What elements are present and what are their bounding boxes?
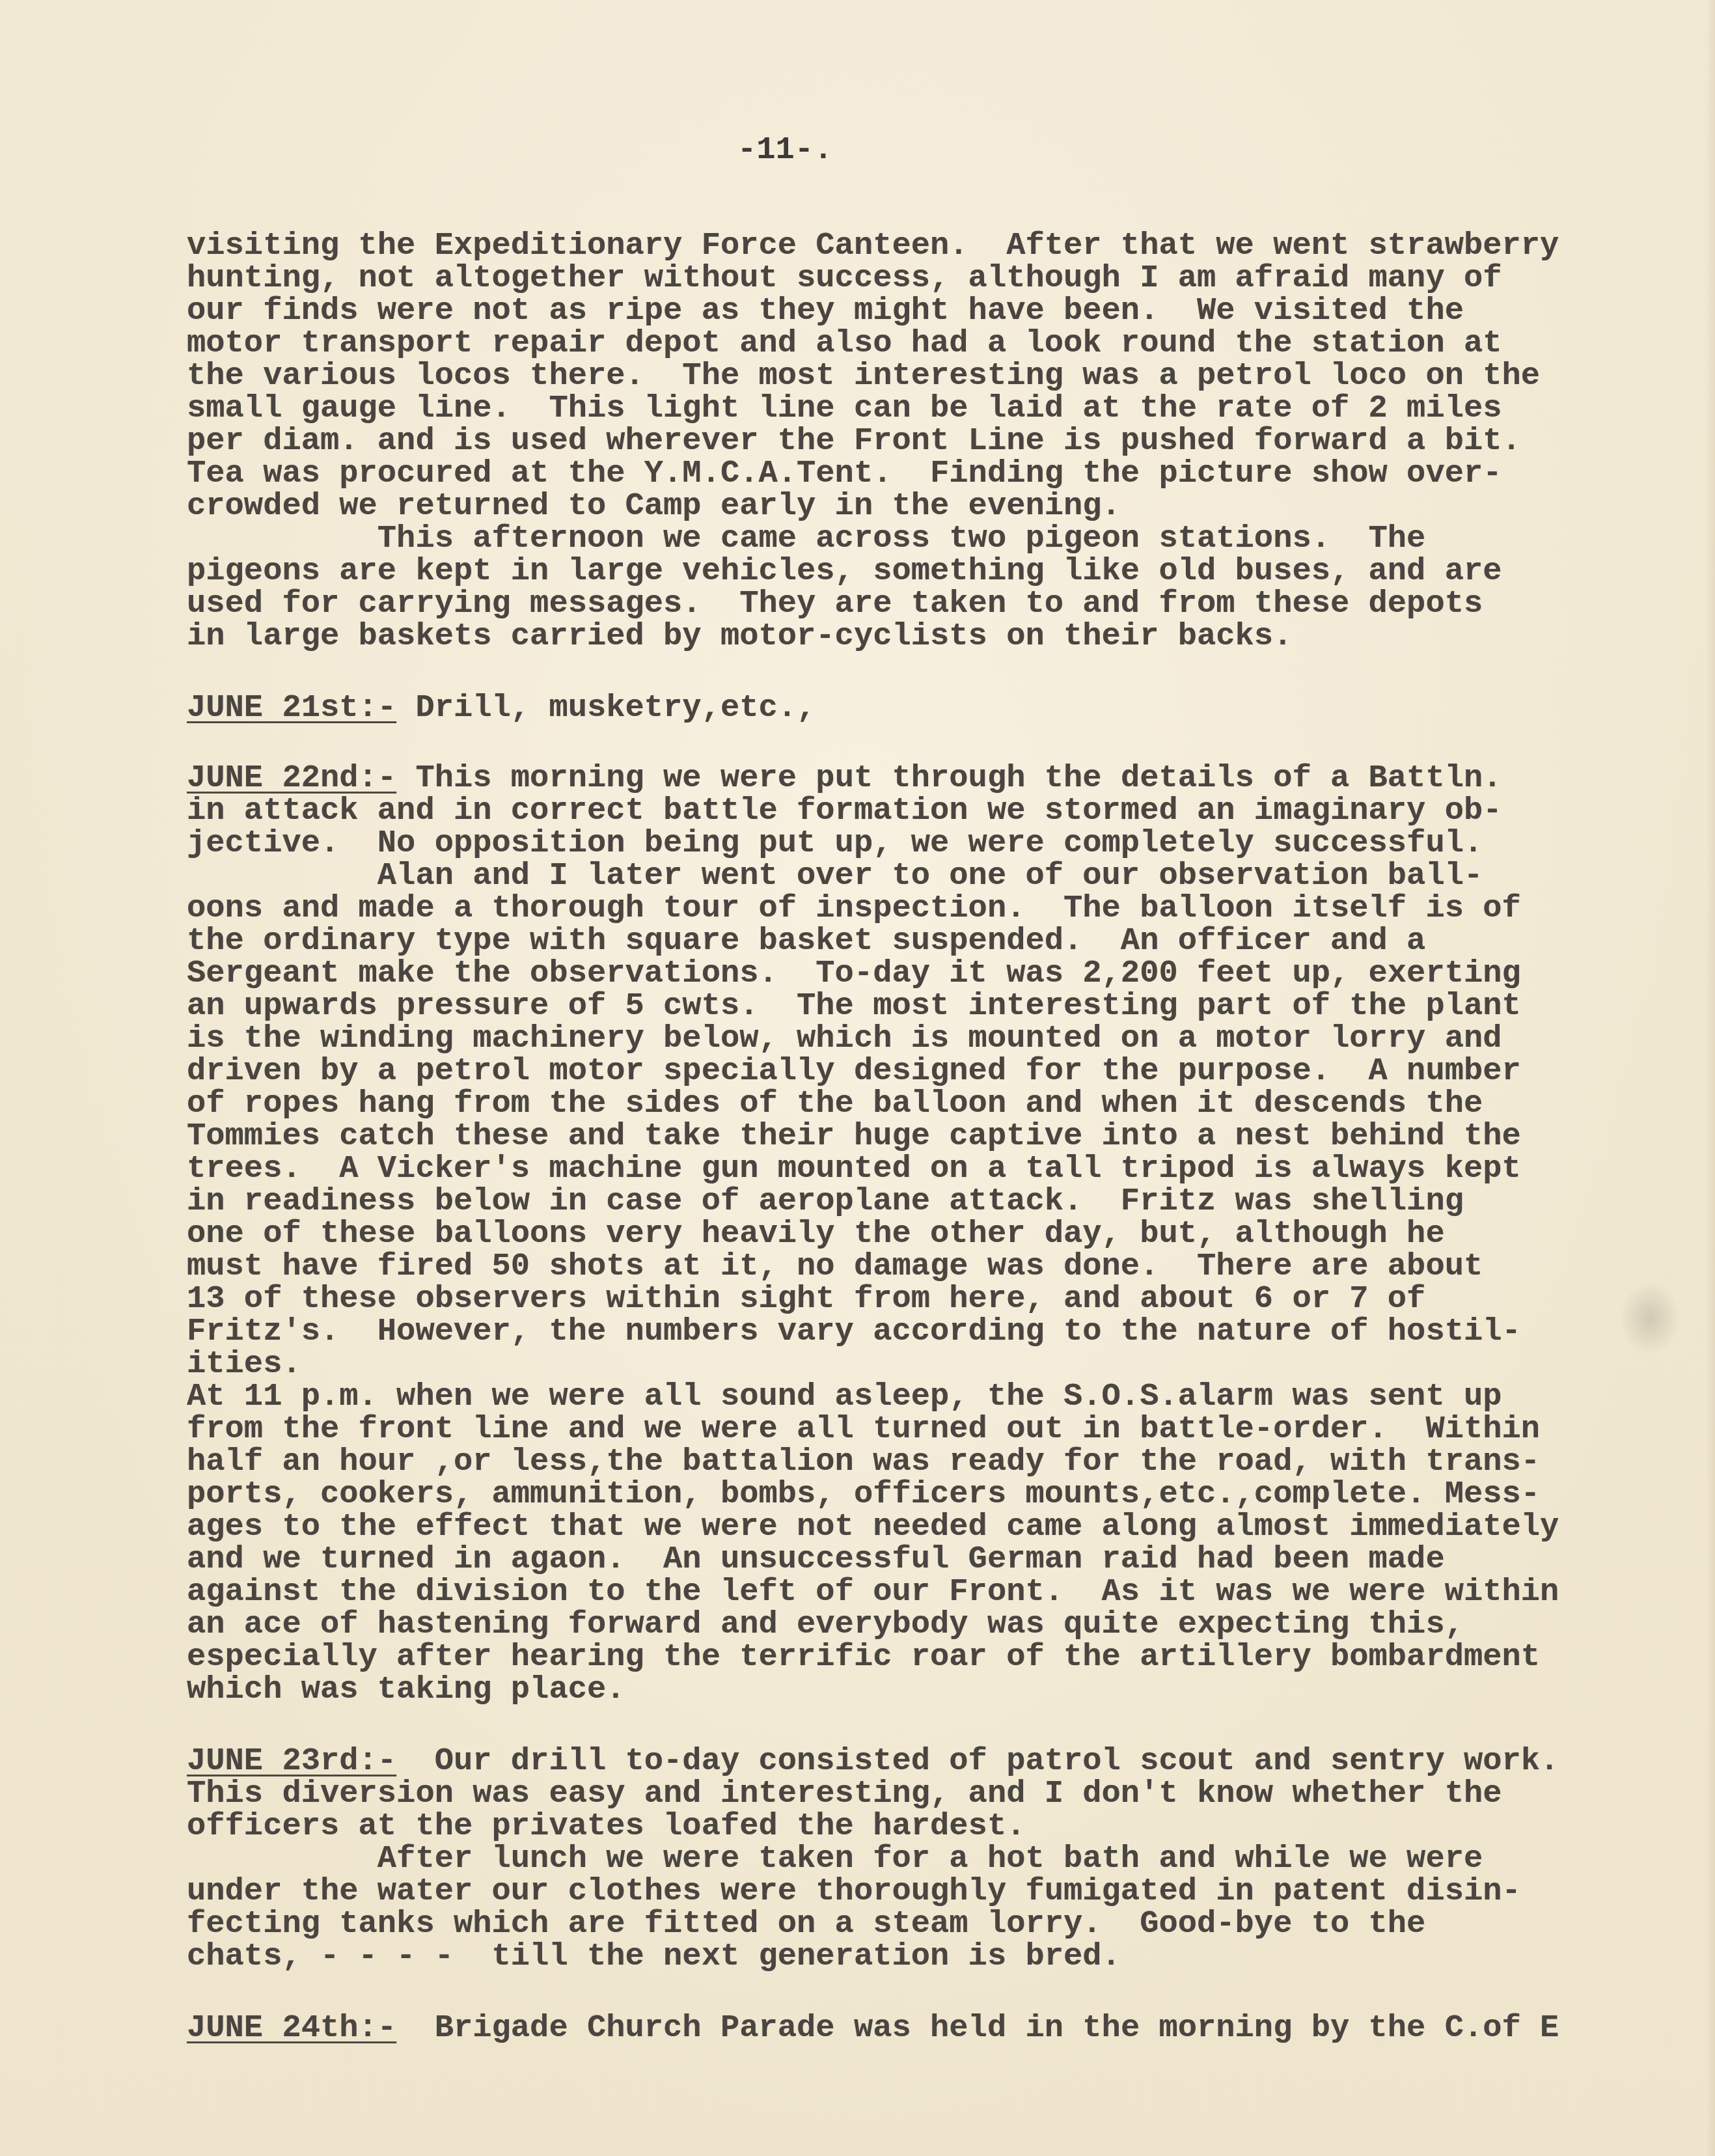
line-text: from the front line and we were all turn… (187, 1411, 1540, 1447)
line-text: in attack and in correct battle formatio… (187, 792, 1502, 829)
line-text: hunting, not altogether without success,… (187, 260, 1502, 296)
text-line: officers at the privates loafed the hard… (187, 1810, 1025, 1842)
line-text: an upwards pressure of 5 cwts. The most … (187, 988, 1521, 1024)
line-text: oons and made a thorough tour of inspect… (187, 890, 1521, 926)
line-text: At 11 p.m. when we were all sound asleep… (187, 1378, 1502, 1415)
line-text: ages to the effect that we were not need… (187, 1508, 1559, 1545)
text-line: ages to the effect that we were not need… (187, 1510, 1559, 1543)
text-line: per diam. and is used wherever the Front… (187, 424, 1521, 457)
diary-entry-heading-line: JUNE 24th:- Brigade Church Parade was he… (187, 2011, 1559, 2044)
text-line: of ropes hang from the sides of the ball… (187, 1087, 1483, 1120)
diary-entry-heading-line: JUNE 23rd:- Our drill to-day consisted o… (187, 1745, 1559, 1777)
line-text: This afternoon we came across two pigeon… (187, 520, 1425, 557)
text-line: in large baskets carried by motor-cyclis… (187, 620, 1292, 652)
line-text: trees. A Vicker's machine gun mounted on… (187, 1150, 1521, 1187)
text-line: Sergeant make the observations. To-day i… (187, 957, 1521, 989)
text-line: Alan and I later went over to one of our… (187, 859, 1483, 892)
page-number: -11-. (737, 133, 832, 166)
line-text: the various locos there. The most intere… (187, 357, 1540, 394)
text-line: is the winding machinery below, which is… (187, 1022, 1502, 1055)
line-text: of ropes hang from the sides of the ball… (187, 1085, 1483, 1122)
line-text: small gauge line. This light line can be… (187, 390, 1502, 426)
entry-date-label: JUNE 23rd:- (187, 1743, 396, 1779)
line-text: Sergeant make the observations. To-day i… (187, 955, 1521, 991)
line-text: ities. (187, 1346, 301, 1382)
text-line: against the division to the left of our … (187, 1575, 1559, 1608)
line-text: Our drill to-day consisted of patrol sco… (396, 1743, 1559, 1779)
text-line: one of these balloons very heavily the o… (187, 1217, 1445, 1250)
text-line: under the water our clothes were thoroug… (187, 1875, 1521, 1907)
text-line: After lunch we were taken for a hot bath… (187, 1842, 1483, 1875)
line-text: driven by a petrol motor specially desig… (187, 1053, 1521, 1089)
typed-text-area: -11-. visiting the Expeditionary Force C… (0, 0, 1715, 2156)
entry-date-label: JUNE 24th:- (187, 2010, 396, 2046)
text-line: pigeons are kept in large vehicles, some… (187, 555, 1502, 587)
diary-entry-heading-line: JUNE 22nd:- This morning we were put thr… (187, 762, 1502, 794)
line-text: visiting the Expeditionary Force Canteen… (187, 227, 1559, 264)
line-text: under the water our clothes were thoroug… (187, 1873, 1521, 1909)
text-line: oons and made a thorough tour of inspect… (187, 892, 1521, 924)
line-text: must have fired 50 shots at it, no damag… (187, 1248, 1483, 1284)
text-line: At 11 p.m. when we were all sound asleep… (187, 1380, 1502, 1413)
text-line: visiting the Expeditionary Force Canteen… (187, 229, 1559, 262)
line-text: officers at the privates loafed the hard… (187, 1808, 1025, 1844)
text-line: half an hour ,or less,the battalion was … (187, 1445, 1540, 1478)
text-line: ports, cookers, ammunition, bombs, offic… (187, 1478, 1540, 1510)
line-text: per diam. and is used wherever the Front… (187, 422, 1521, 459)
text-line: our finds were not as ripe as they might… (187, 294, 1464, 327)
line-text: This diversion was easy and interesting,… (187, 1775, 1502, 1812)
text-line: crowded we returned to Camp early in the… (187, 490, 1121, 522)
line-text: half an hour ,or less,the battalion was … (187, 1443, 1540, 1480)
line-text: Tommies catch these and take their huge … (187, 1118, 1521, 1154)
line-text: an ace of hastening forward and everybod… (187, 1606, 1464, 1642)
entry-date-label: JUNE 22nd:- (187, 760, 396, 796)
text-line: the various locos there. The most intere… (187, 359, 1540, 392)
line-text: ports, cookers, ammunition, bombs, offic… (187, 1476, 1540, 1512)
text-line: trees. A Vicker's machine gun mounted on… (187, 1152, 1521, 1185)
entry-date-label: JUNE 21st:- (187, 689, 396, 726)
text-line: This diversion was easy and interesting,… (187, 1777, 1502, 1810)
line-text: 13 of these observers within sight from … (187, 1280, 1425, 1317)
line-text: especially after hearing the terrific ro… (187, 1638, 1540, 1675)
typewritten-page: -11-. visiting the Expeditionary Force C… (0, 0, 1715, 2156)
line-text: one of these balloons very heavily the o… (187, 1215, 1445, 1252)
line-text: After lunch we were taken for a hot bath… (187, 1840, 1483, 1877)
text-line: fecting tanks which are fitted on a stea… (187, 1907, 1425, 1940)
text-line: especially after hearing the terrific ro… (187, 1640, 1540, 1673)
line-text: fecting tanks which are fitted on a stea… (187, 1905, 1425, 1942)
line-text: pigeons are kept in large vehicles, some… (187, 553, 1502, 589)
text-line: and we turned in agaon. An unsuccessful … (187, 1543, 1445, 1575)
line-text: in readiness below in case of aeroplane … (187, 1183, 1464, 1219)
text-line: Fritz's. However, the numbers vary accor… (187, 1315, 1521, 1347)
text-line: Tommies catch these and take their huge … (187, 1120, 1521, 1152)
text-line: an upwards pressure of 5 cwts. The most … (187, 989, 1521, 1022)
text-line: in attack and in correct battle formatio… (187, 794, 1502, 827)
line-text: Fritz's. However, the numbers vary accor… (187, 1313, 1521, 1349)
diary-entry-heading-line: JUNE 21st:- Drill, musketry,etc., (187, 691, 816, 724)
text-line: Tea was procured at the Y.M.C.A.Tent. Fi… (187, 457, 1502, 490)
text-line: which was taking place. (187, 1673, 625, 1706)
text-line: in readiness below in case of aeroplane … (187, 1185, 1464, 1217)
line-text: which was taking place. (187, 1671, 625, 1707)
line-text: motor transport repair depot and also ha… (187, 325, 1502, 361)
line-text: against the division to the left of our … (187, 1573, 1559, 1610)
text-line: 13 of these observers within sight from … (187, 1282, 1425, 1315)
line-text: Brigade Church Parade was held in the mo… (396, 2010, 1559, 2046)
line-text: Alan and I later went over to one of our… (187, 857, 1483, 894)
line-text: Tea was procured at the Y.M.C.A.Tent. Fi… (187, 455, 1502, 491)
text-line: driven by a petrol motor specially desig… (187, 1055, 1521, 1087)
line-text: in large baskets carried by motor-cyclis… (187, 618, 1292, 654)
text-line: small gauge line. This light line can be… (187, 392, 1502, 424)
text-line: an ace of hastening forward and everybod… (187, 1608, 1464, 1640)
text-line: used for carrying messages. They are tak… (187, 587, 1483, 620)
line-text: used for carrying messages. They are tak… (187, 585, 1483, 622)
line-text: crowded we returned to Camp early in the… (187, 488, 1121, 524)
text-line: motor transport repair depot and also ha… (187, 327, 1502, 359)
line-text: and we turned in agaon. An unsuccessful … (187, 1541, 1445, 1577)
line-text: Drill, musketry,etc., (396, 689, 816, 726)
text-line: chats, - - - - till the next generation … (187, 1940, 1121, 1972)
text-line: the ordinary type with square basket sus… (187, 924, 1425, 957)
text-line: ities. (187, 1347, 301, 1380)
text-line: jective. No opposition being put up, we … (187, 827, 1483, 859)
line-text: our finds were not as ripe as they might… (187, 292, 1464, 329)
line-text: This morning we were put through the det… (396, 760, 1502, 796)
line-text: chats, - - - - till the next generation … (187, 1938, 1121, 1974)
line-text: jective. No opposition being put up, we … (187, 825, 1483, 861)
line-text: the ordinary type with square basket sus… (187, 922, 1425, 959)
line-text: is the winding machinery below, which is… (187, 1020, 1502, 1057)
text-line: from the front line and we were all turn… (187, 1413, 1540, 1445)
text-line: This afternoon we came across two pigeon… (187, 522, 1425, 555)
text-line: hunting, not altogether without success,… (187, 262, 1502, 294)
text-line: must have fired 50 shots at it, no damag… (187, 1250, 1483, 1282)
